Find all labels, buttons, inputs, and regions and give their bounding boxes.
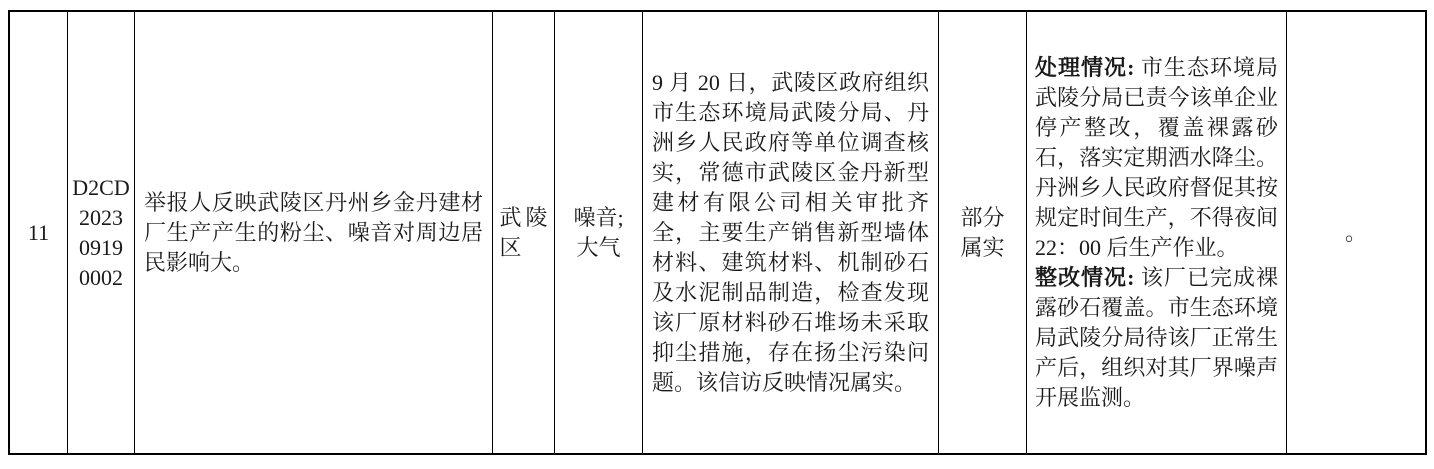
cell-row-index: 11 bbox=[10, 12, 68, 453]
handling-paragraph-1: 处理情况: 市生态环境局武陵分局已责今该单企业停产整改，覆盖裸露砂石，落实定期洒… bbox=[1035, 53, 1278, 263]
case-id: D2CD 2023 0919 0002 bbox=[68, 173, 134, 293]
verification-text: 部分属实 bbox=[960, 203, 1006, 263]
complaint-table-row: 11 D2CD 2023 0919 0002 举报人反映武陵区丹州乡金丹建材厂生… bbox=[8, 10, 1427, 455]
cell-verification: 部分属实 bbox=[939, 12, 1027, 453]
investigation-text: 9 月 20 日，武陵区政府组织市生态环境局武陵分局、丹洲乡人民政府等单位调查核… bbox=[643, 68, 938, 398]
complaint-text: 举报人反映武陵区丹州乡金丹建材厂生产产生的粉尘、噪音对周边居民影响大。 bbox=[135, 188, 492, 278]
remark-text: 。 bbox=[1345, 218, 1367, 248]
cell-category: 噪音; 大气 bbox=[555, 12, 643, 453]
cell-investigation: 9 月 20 日，武陵区政府组织市生态环境局武陵分局、丹洲乡人民政府等单位调查核… bbox=[643, 12, 939, 453]
handling-body: 市生态环境局武陵分局已责今该单企业停产整改，覆盖裸露砂石，落实定期洒水降尘。丹洲… bbox=[1035, 55, 1278, 260]
category-text: 噪音; 大气 bbox=[561, 203, 637, 263]
row-index: 11 bbox=[28, 218, 49, 248]
region-text: 武陵区 bbox=[500, 203, 548, 263]
cell-case-id: D2CD 2023 0919 0002 bbox=[68, 12, 135, 453]
handling-label: 处理情况: bbox=[1035, 55, 1134, 80]
document-page: 11 D2CD 2023 0919 0002 举报人反映武陵区丹州乡金丹建材厂生… bbox=[0, 0, 1434, 469]
rectification-label: 整改情况: bbox=[1035, 265, 1134, 290]
handling-paragraph-2: 整改情况: 该厂已完成裸露砂石覆盖。市生态环境局武陵分局待该厂正常生产后，组织对… bbox=[1035, 263, 1278, 413]
handling-text: 处理情况: 市生态环境局武陵分局已责今该单企业停产整改，覆盖裸露砂石，落实定期洒… bbox=[1027, 53, 1286, 413]
cell-remark: 。 bbox=[1287, 12, 1425, 453]
cell-complaint: 举报人反映武陵区丹州乡金丹建材厂生产产生的粉尘、噪音对周边居民影响大。 bbox=[135, 12, 493, 453]
cell-handling: 处理情况: 市生态环境局武陵分局已责今该单企业停产整改，覆盖裸露砂石，落实定期洒… bbox=[1027, 12, 1287, 453]
cell-region: 武陵区 bbox=[493, 12, 555, 453]
